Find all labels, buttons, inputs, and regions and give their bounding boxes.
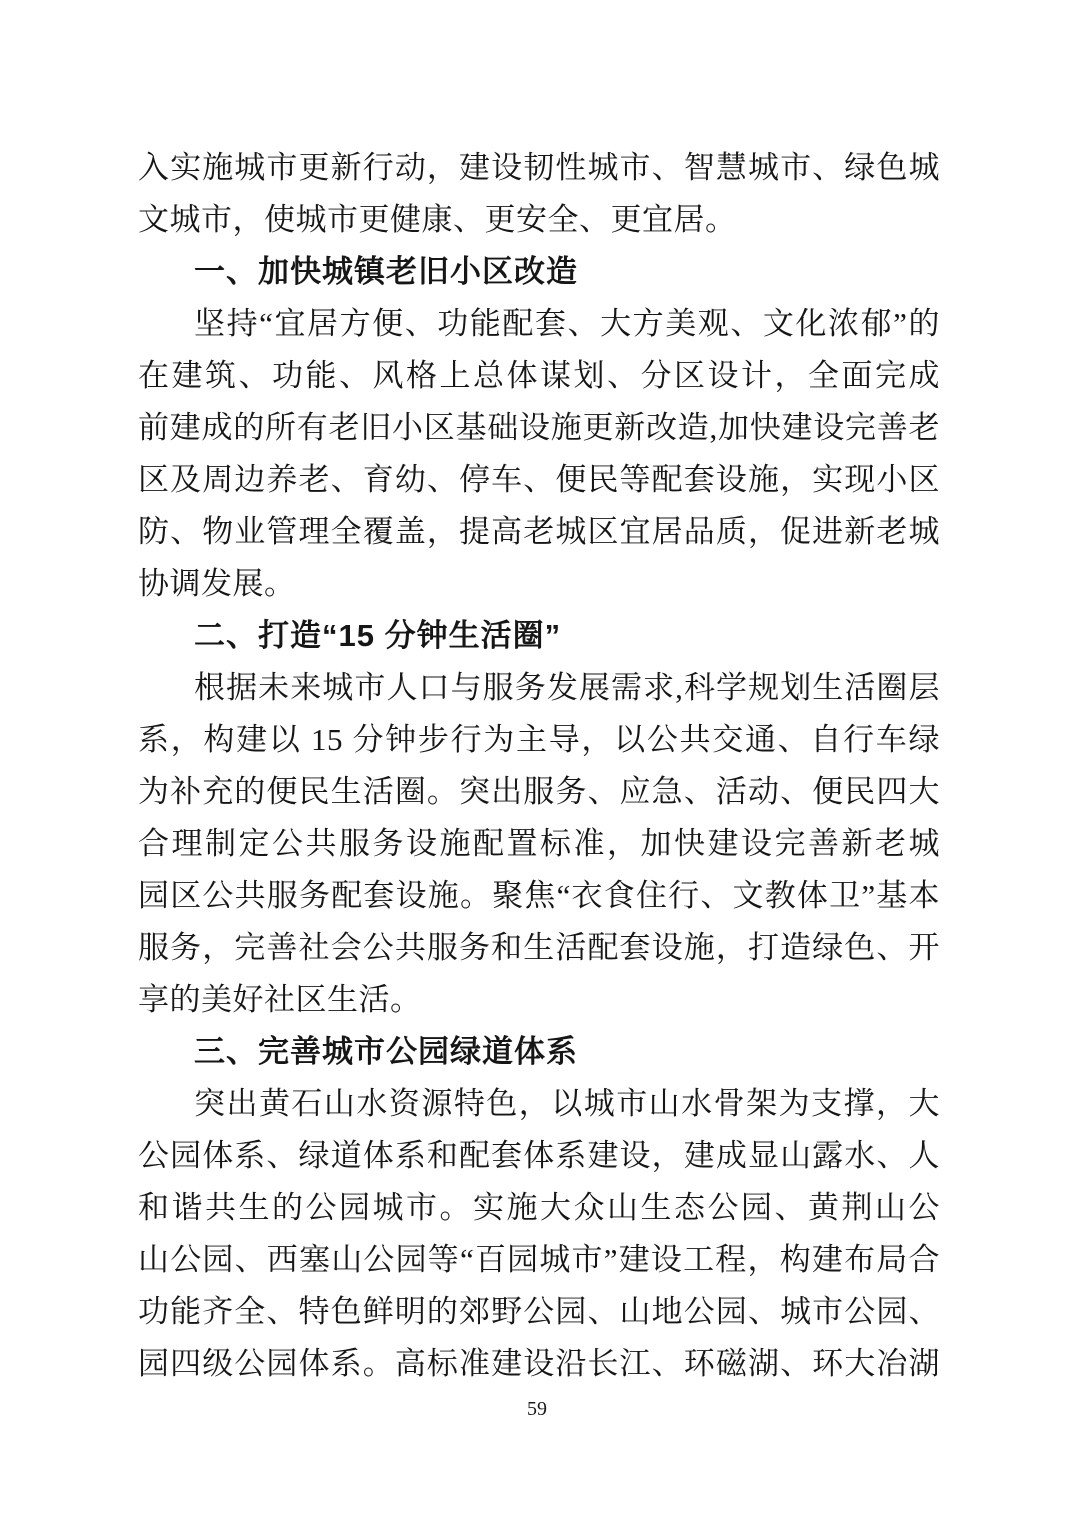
text-line: 和谐共生的公园城市。实施大众山生态公园、黄荆山公园、青龙 (138, 1182, 940, 1234)
text-line: 合理制定公共服务设施配置标准，加快建设完善新老城区、工业 (138, 818, 940, 870)
heading-text: 三、完善城市公园绿道体系 (138, 1026, 940, 1078)
page-footer: 59 (0, 1398, 1074, 1421)
text-line: 系，构建以 15 分钟步行为主导，以公共交通、自行车绿道交通 (138, 714, 940, 766)
text-line: 服务，完善社会公共服务和生活配套设施，打造绿色、开放、共 (138, 922, 940, 974)
text-line: 根据未来城市人口与服务发展需求,科学规划生活圈层级体 (138, 662, 940, 714)
paragraph-old-district-renovation: 坚持“宜居方便、功能配套、大方美观、文化浓郁”的要求，在建筑、功能、风格上总体谋… (138, 298, 940, 610)
text-line: 山公园、西塞山公园等“百园城市”建设工程，构建布局合理、 (138, 1234, 940, 1286)
paragraph-continued-city-renewal: 入实施城市更新行动，建设韧性城市、智慧城市、绿色城市、人文城市，使城市更健康、更… (138, 142, 940, 246)
text-line: 文城市，使城市更健康、更安全、更宜居。 (138, 194, 940, 246)
text-line: 区及周边养老、育幼、停车、便民等配套设施，实现小区智慧安 (138, 454, 940, 506)
document-content: 入实施城市更新行动，建设韧性城市、智慧城市、绿色城市、人文城市，使城市更健康、更… (138, 142, 940, 1390)
text-line: 突出黄石山水资源特色，以城市山水骨架为支撑，大力推进 (138, 1078, 940, 1130)
text-line: 防、物业管理全覆盖，提高老城区宜居品质，促进新老城区均衡 (138, 506, 940, 558)
document-page: 入实施城市更新行动，建设韧性城市、智慧城市、绿色城市、人文城市，使城市更健康、更… (0, 0, 1074, 1520)
text-line: 坚持“宜居方便、功能配套、大方美观、文化浓郁”的要求， (138, 298, 940, 350)
section-heading-3: 三、完善城市公园绿道体系 (138, 1026, 940, 1078)
paragraph-15-minute-life-circle: 根据未来城市人口与服务发展需求,科学规划生活圈层级体系，构建以 15 分钟步行为… (138, 662, 940, 1026)
text-line: 在建筑、功能、风格上总体谋划、分区设计，全面完成 2000 年 (138, 350, 940, 402)
paragraph-park-greenway-system: 突出黄石山水资源特色，以城市山水骨架为支撑，大力推进公园体系、绿道体系和配套体系… (138, 1078, 940, 1390)
text-line: 园区公共服务配套设施。聚焦“衣食住行、文教体卫”基本生活 (138, 870, 940, 922)
text-line: 为补充的便民生活圈。突出服务、应急、活动、便民四大功能， (138, 766, 940, 818)
page-number: 59 (527, 1398, 547, 1420)
text-line: 入实施城市更新行动，建设韧性城市、智慧城市、绿色城市、人 (138, 142, 940, 194)
text-line: 公园体系、绿道体系和配套体系建设，建成显山露水、人与自然 (138, 1130, 940, 1182)
section-heading-1: 一、加快城镇老旧小区改造 (138, 246, 940, 298)
text-line: 园四级公园体系。高标准建设沿长江、环磁湖、环大冶湖城市绿 (138, 1338, 940, 1390)
section-heading-2: 二、打造“15 分钟生活圈” (138, 610, 940, 662)
heading-text: 一、加快城镇老旧小区改造 (138, 246, 940, 298)
text-line: 享的美好社区生活。 (138, 974, 940, 1026)
text-line: 功能齐全、特色鲜明的郊野公园、山地公园、城市公园、绿道公 (138, 1286, 940, 1338)
text-line: 协调发展。 (138, 558, 940, 610)
text-line: 前建成的所有老旧小区基础设施更新改造,加快建设完善老旧小 (138, 402, 940, 454)
heading-text: 二、打造“15 分钟生活圈” (138, 610, 940, 662)
